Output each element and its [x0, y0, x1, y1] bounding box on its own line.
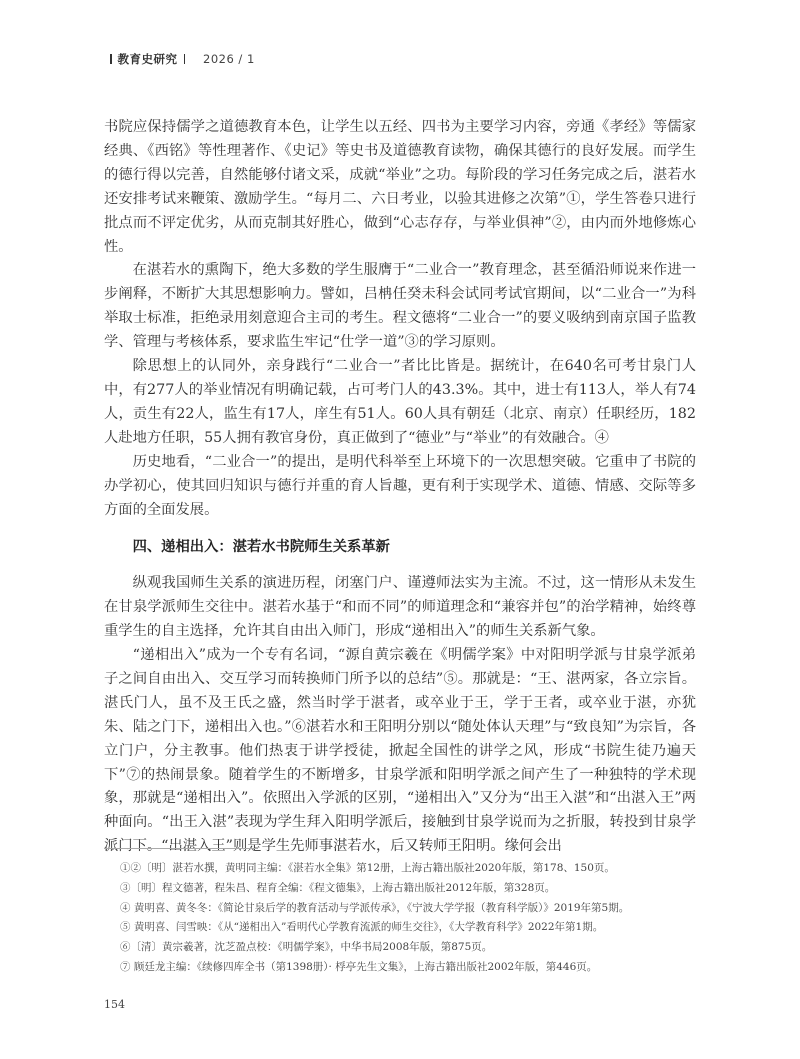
running-header: 教育史研究 2026 / 1 — [104, 51, 255, 67]
journal-issue: 2026 / 1 — [203, 52, 255, 66]
section-heading: 四、递相出入：湛若水书院师生关系革新 — [104, 536, 696, 560]
paragraph: 历史地看，“二业合一”的提出，是明代科举至上环境下的一次思想突破。它重申了书院的… — [104, 451, 696, 523]
footnote: ⑥〔清〕黄宗羲著，沈芝盈点校：《明儒学案》，中华书局2008年版，第875页。 — [120, 938, 690, 958]
paragraph: 在湛若水的熏陶下，绝大多数的学生服膺于“二业合一”教育理念，甚至循沿师说来作进一… — [104, 259, 696, 355]
paragraph: “递相出入”成为一个专有名词，“源自黄宗羲在《明儒学案》中对阳明学派与甘泉学派弟… — [104, 644, 696, 859]
footnote: ④ 黄明喜、黄冬冬：《简论甘泉后学的教育活动与学派传承》，《宁波大学学报（教育科… — [120, 899, 690, 919]
header-divider — [184, 54, 186, 64]
footnote: ③〔明〕程文德著，程朱昌、程育全编：《程文德集》，上海古籍出版社2012年版，第… — [120, 879, 690, 899]
footnotes: ①②〔明〕湛若水撰，黄明同主编：《湛若水全集》第12册，上海古籍出版社2020年… — [120, 859, 690, 978]
footnote-divider — [104, 848, 258, 849]
footnote: ⑦ 顾廷龙主编：《续修四库全书（第1398册）· 桴亭先生文集》，上海古籍出版社… — [120, 958, 690, 978]
paragraph: 纵观我国师生关系的演进历程，闭塞门户、谨遵师法实为主流。不过，这一情形从未发生在… — [104, 572, 696, 644]
paragraph: 书院应保持儒学之道德教育本色，让学生以五经、四书为主要学习内容，旁通《孝经》等儒… — [104, 116, 696, 259]
paragraph: 除思想上的认同外，亲身践行“二业合一”者比比皆是。据统计，在640名可考甘泉门人… — [104, 355, 696, 451]
header-divider — [110, 54, 112, 64]
article-body: 书院应保持儒学之道德教育本色，让学生以五经、四书为主要学习内容，旁通《孝经》等儒… — [104, 116, 696, 859]
footnote: ①②〔明〕湛若水撰，黄明同主编：《湛若水全集》第12册，上海古籍出版社2020年… — [120, 859, 690, 879]
footnote: ⑤ 黄明喜、闫雪映：《从“递相出入”看明代心学教育流派的师生交往》，《大学教育科… — [120, 918, 690, 938]
journal-title: 教育史研究 — [118, 51, 178, 67]
page-number: 154 — [104, 998, 125, 1011]
